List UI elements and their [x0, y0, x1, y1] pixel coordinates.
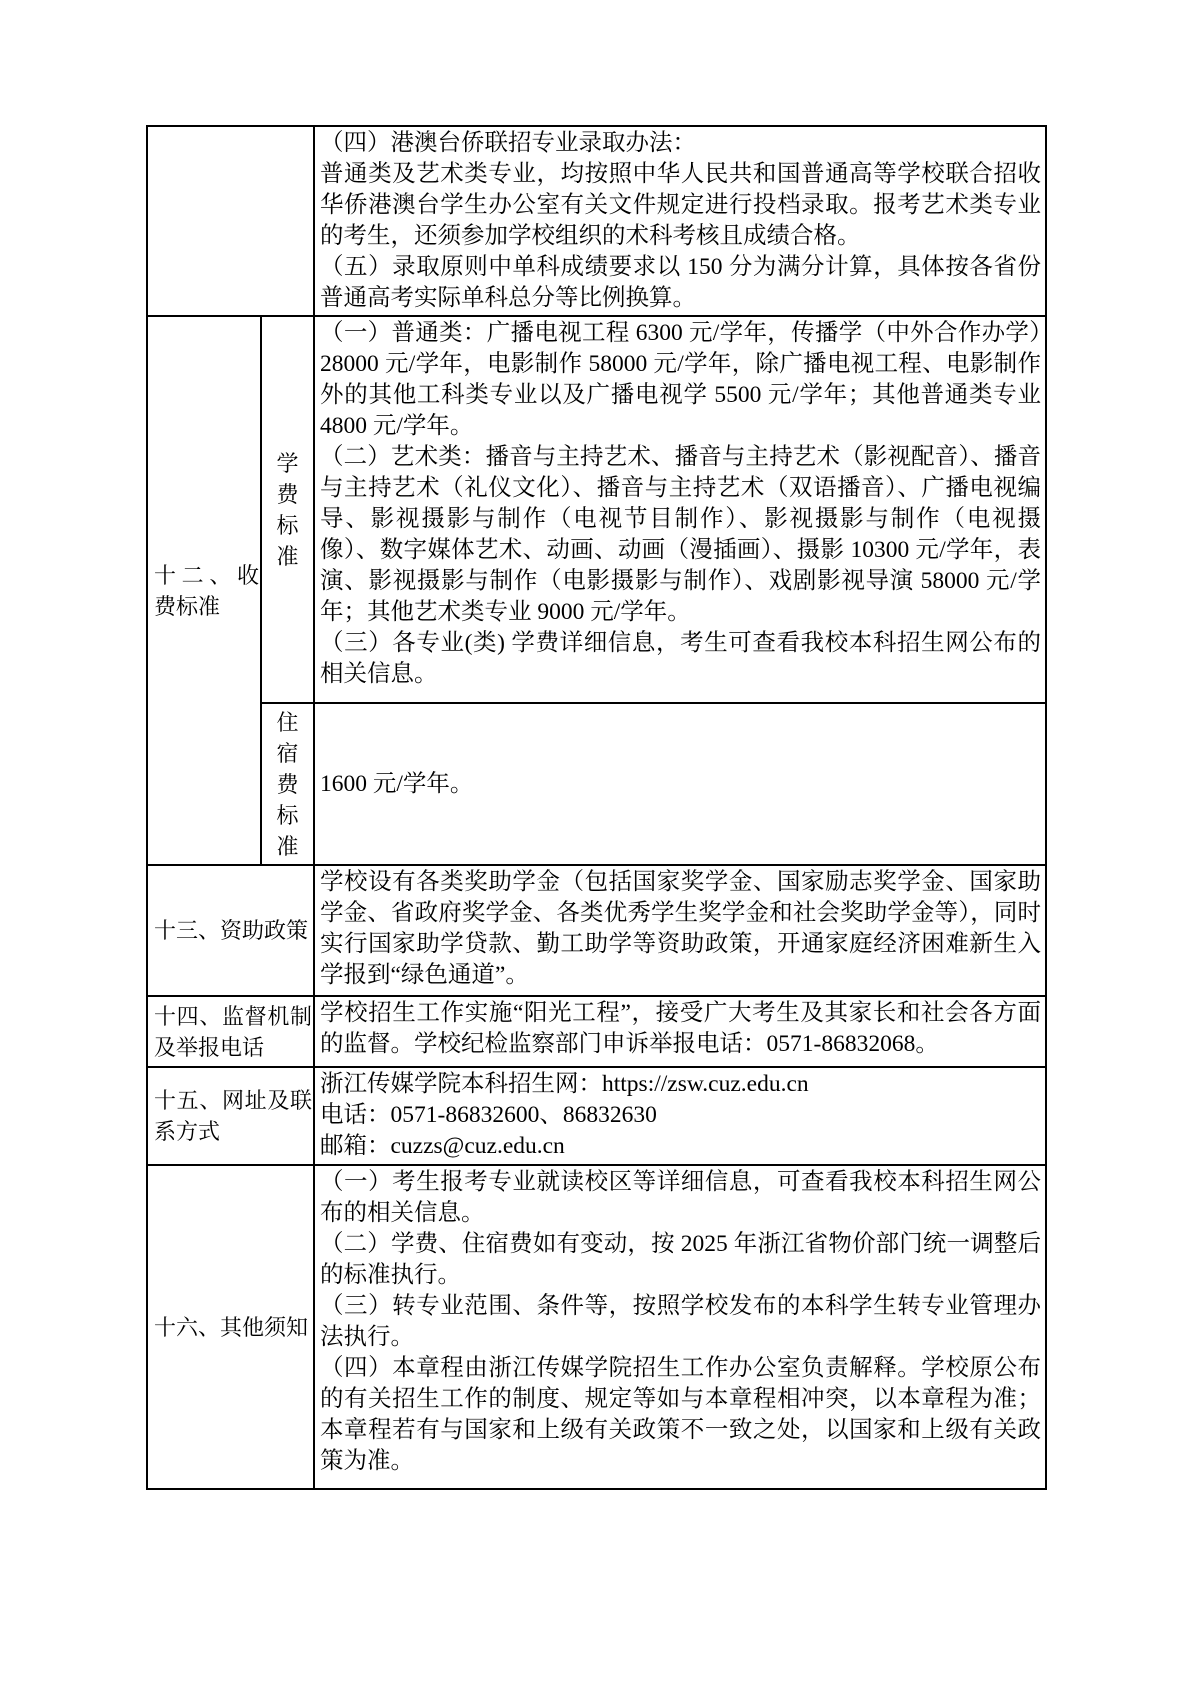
paragraph: （四）港澳台侨联招专业录取办法： [320, 128, 1041, 159]
continuation-content-cell: （四）港澳台侨联招专业录取办法： 普通类及艺术类专业，均按照中华人民共和国普通高… [314, 126, 1046, 316]
paragraph: 1600 元/学年。 [320, 769, 1041, 800]
section-12-label: 十二、收费标准 [147, 316, 261, 865]
row-section-15: 十五、网址及联系方式 浙江传媒学院本科招生网：https://zsw.cuz.e… [147, 1067, 1046, 1165]
paragraph: 学校设有各类奖助学金（包括国家奖学金、国家励志奖学金、国家助学金、省政府奖学金、… [320, 867, 1041, 991]
row-section-14: 十四、监督机制及举报电话 学校招生工作实施“阳光工程”，接受广大考生及其家长和社… [147, 996, 1046, 1067]
section-16-content-cell: （一）考生报考专业就读校区等详细信息，可查看我校本科招生网公布的相关信息。 （二… [314, 1165, 1046, 1489]
empty-label-cell [147, 126, 314, 316]
section-13-content-cell: 学校设有各类奖助学金（包括国家奖学金、国家励志奖学金、国家助学金、省政府奖学金、… [314, 865, 1046, 996]
section-14-label: 十四、监督机制及举报电话 [147, 996, 314, 1067]
accommodation-content-cell: 1600 元/学年。 [314, 703, 1046, 865]
paragraph: （一）考生报考专业就读校区等详细信息，可查看我校本科招生网公布的相关信息。 [320, 1167, 1041, 1229]
row-section-12-accommodation: 住宿费标准 1600 元/学年。 [147, 703, 1046, 865]
row-section-13: 十三、资助政策 学校设有各类奖助学金（包括国家奖学金、国家励志奖学金、国家助学金… [147, 865, 1046, 996]
email-line: 邮箱：cuzzs@cuz.edu.cn [320, 1131, 1041, 1162]
paragraph: （二）艺术类：播音与主持艺术、播音与主持艺术（影视配音）、播音与主持艺术（礼仪文… [320, 442, 1041, 628]
website-line: 浙江传媒学院本科招生网：https://zsw.cuz.edu.cn [320, 1069, 1041, 1100]
paragraph: 普通类及艺术类专业，均按照中华人民共和国普通高等学校联合招收华侨港澳台学生办公室… [320, 159, 1041, 252]
phone-line: 电话：0571-86832600、86832630 [320, 1100, 1041, 1131]
section-15-content-cell: 浙江传媒学院本科招生网：https://zsw.cuz.edu.cn 电话：05… [314, 1067, 1046, 1165]
section-13-label: 十三、资助政策 [147, 865, 314, 996]
row-section-12-tuition: 十二、收费标准 学费标准 （一）普通类：广播电视工程 6300 元/学年，传播学… [147, 316, 1046, 703]
section-15-label: 十五、网址及联系方式 [147, 1067, 314, 1165]
row-section-16: 十六、其他须知 （一）考生报考专业就读校区等详细信息，可查看我校本科招生网公布的… [147, 1165, 1046, 1489]
paragraph: （三）转专业范围、条件等，按照学校发布的本科学生转专业管理办法执行。 [320, 1291, 1041, 1353]
document-page: （四）港澳台侨联招专业录取办法： 普通类及艺术类专业，均按照中华人民共和国普通高… [0, 0, 1191, 1684]
accommodation-sublabel-text: 住宿费标准 [276, 707, 299, 862]
section-14-content-cell: 学校招生工作实施“阳光工程”，接受广大考生及其家长和社会各方面的监督。学校纪检监… [314, 996, 1046, 1067]
paragraph: （三）各专业(类) 学费详细信息，考生可查看我校本科招生网公布的相关信息。 [320, 628, 1041, 690]
paragraph: （四）本章程由浙江传媒学院招生工作办公室负责解释。学校原公布的有关招生工作的制度… [320, 1353, 1041, 1477]
row-continuation: （四）港澳台侨联招专业录取办法： 普通类及艺术类专业，均按照中华人民共和国普通高… [147, 126, 1046, 316]
admissions-charter-table: （四）港澳台侨联招专业录取办法： 普通类及艺术类专业，均按照中华人民共和国普通高… [146, 125, 1047, 1490]
paragraph: （二）学费、住宿费如有变动，按 2025 年浙江省物价部门统一调整后的标准执行。 [320, 1229, 1041, 1291]
section-16-label: 十六、其他须知 [147, 1165, 314, 1489]
tuition-sublabel-text: 学费标准 [276, 448, 299, 572]
paragraph: （五）录取原则中单科成绩要求以 150 分为满分计算，具体按各省份普通高考实际单… [320, 252, 1041, 314]
tuition-content-cell: （一）普通类：广播电视工程 6300 元/学年，传播学（中外合作办学）28000… [314, 316, 1046, 703]
paragraph: （一）普通类：广播电视工程 6300 元/学年，传播学（中外合作办学）28000… [320, 318, 1041, 442]
accommodation-sublabel: 住宿费标准 [261, 703, 314, 865]
paragraph: 学校招生工作实施“阳光工程”，接受广大考生及其家长和社会各方面的监督。学校纪检监… [320, 998, 1041, 1060]
tuition-sublabel: 学费标准 [261, 316, 314, 703]
